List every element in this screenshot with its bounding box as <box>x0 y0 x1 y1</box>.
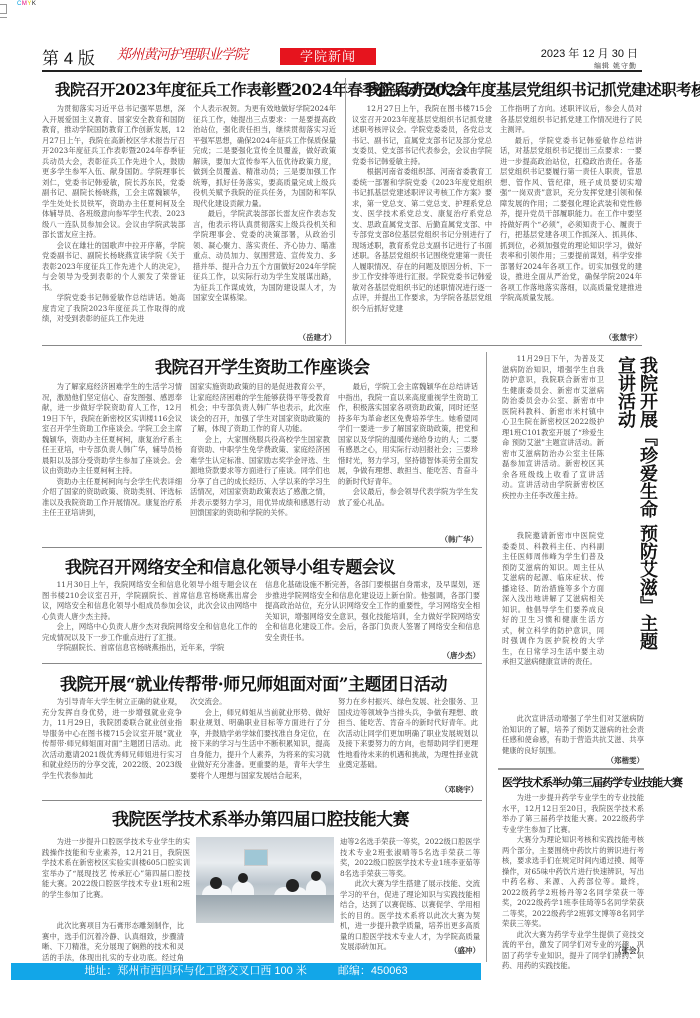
paragraph: 根据河南省委组织部、河南省委教育工委统一部署和学院党委《2023年度党组织书记抓… <box>352 167 492 314</box>
student-head <box>311 871 321 881</box>
article-cyber-security-col1: 11月30日上午，我院网络安全和信息化领导小组专题会议在图书楼210会议室召开，… <box>42 580 257 654</box>
footer-postcode: 邮编：450063 <box>338 965 408 977</box>
paragraph: 此次宣讲活动增强了学生们对艾滋病防治知识的了解，培养了预防艾滋病的社会责任感和使… <box>502 714 644 756</box>
paragraph: 11月29日下午，为普及艾滋病防治知识，增强学生自我防护意识，我院联合新密市卫生… <box>502 354 604 501</box>
article-dental-col2: 迪等2名选手荣获一等奖，2022级口腔医学技术专业2班张淑晴等5名选手荣获二等奖… <box>340 837 480 953</box>
paragraph: 最后，学院工会主席魏颖华在总结讲话中指出，我院一直以来高度重视学生资助工作，积极… <box>338 382 478 487</box>
paragraph: 为进一步提升口腔医学技术专业学生的实践操作技能和专业素养，12月21日，我院医学… <box>42 837 190 900</box>
byline-party-review: （张慧宇） <box>500 332 642 343</box>
paragraph: 为引导青年大学生树立正确的就业观，充分发挥自身优势，进一步增强就业竞争力，11月… <box>42 697 182 781</box>
article-employment-col1: 为引导青年大学生树立正确的就业观，充分发挥自身优势，进一步增强就业竞争力，11月… <box>42 697 182 781</box>
paragraph: 最后，学院武装部部长雷友应作表态发言，他表示将认真贯彻落实上级兵役机关和学院理事… <box>193 209 336 304</box>
paragraph: 会上，网络中心负责人唐少杰对我院网络安全和信息化工作的完成情况以及下一步工作重点… <box>42 622 257 643</box>
paragraph: 此次大赛为学生搭建了展示技能、交流学习的平台，促进了理论知识与实践技能相结合，达… <box>340 879 480 953</box>
paragraph: 次交流会。 <box>190 697 330 708</box>
section-divider <box>498 768 644 770</box>
article-conscription-col2: 个人表示祝贺。为更有效地做好学院2024年征兵工作，她提出三点要求：一是要提高政… <box>193 104 336 304</box>
paragraph: 会议最后，参会领导代表学院为学生发放了爱心礼品。 <box>338 487 478 508</box>
byline-cyber-security: （唐少杰） <box>265 650 480 661</box>
paragraph: 国家实施资助政策的目的是促进教育公平，让家庭经济困难的学生能够获得平等受教育机会… <box>190 382 330 435</box>
paragraph: 11月30日上午，我院网络安全和信息化领导小组专题会议在图书楼210会议室召开，… <box>42 580 257 622</box>
paragraph: 会议在雄壮的国歌声中拉开序幕，学院党委副书记、副院长杨晓燕宣读学院《关于表彰20… <box>42 241 185 294</box>
paragraph: 大赛分为理论知识考核和实践技能考核两个部分，主要围绕中药饮片的辨识进行考核，要求… <box>502 835 644 930</box>
paragraph: 迪等2名选手荣获一等奖，2022级口腔医学技术专业2班张淑晴等5名选手荣获二等奖… <box>340 837 480 879</box>
article-employment-col2: 次交流会。 会上，师兄师姐从当前就业形势、做好职业规划、明确职业目标等方面进行了… <box>190 697 330 781</box>
byline-dental: （盛冲） <box>340 945 480 956</box>
headline-employment: 我院开展“就业传帮带·师兄师姐面对面”主题团日活动 <box>60 670 447 695</box>
byline-financial-aid: （韩广华） <box>338 534 478 545</box>
section-divider <box>42 547 482 548</box>
article-aids-campaign-lower: 此次宣讲活动增强了学生们对艾滋病防治知识的了解，培养了预防艾滋病的社会责任感和使… <box>502 714 644 756</box>
dental-competition-photo <box>196 837 334 923</box>
byline-aids-campaign: （郑楷雯） <box>502 755 644 766</box>
byline-employment: （邓晓宇） <box>338 784 478 795</box>
article-party-review-col1: 12月27日上午，我院在图书楼715会议室召开2023年度基层党组织书记抓党建述… <box>352 104 492 314</box>
projector-screen <box>244 849 268 866</box>
article-employment-col3: 努力在乡村振兴、绿色发展、社会服务、卫国戍边等领域争当排头兵，争做有理想、敢担当… <box>338 697 478 771</box>
paragraph: 最后，学院党委书记韩爱敏作总结讲话，对基层党组织书记提出三点要求：一要进一步提高… <box>500 136 642 304</box>
byline-pharmacy: （张会） <box>502 945 644 956</box>
article-financial-aid-col2: 国家实施资助政策的目的是促进教育公平，让家庭经济困难的学生能够获得平等受教育机会… <box>190 382 330 519</box>
cmyk-color-bar: CMYK <box>17 1 36 7</box>
paragraph: 学院党委书记韩爱敏作总结讲话。她高度肯定了我院2023年度征兵工作取得的成绩，对… <box>42 293 185 325</box>
section-divider <box>42 345 642 346</box>
paragraph: 会上，大家围绕服兵役高校学生国家教育资助、中职学生免学费政策、家庭经济困难学生认… <box>190 435 330 519</box>
article-party-review-col2: 工作指明了方向。述职评议后，参会人员对各基层党组织书记抓党建工作情况进行了民主测… <box>500 104 642 304</box>
section-banner: 学院新闻 <box>280 48 376 65</box>
paragraph: 为贯彻落实习近平总书记强军思想，深入开展爱国主义教育、国家安全教育和国防教育，推… <box>42 104 185 241</box>
registration-line <box>0 17 7 18</box>
paragraph: 12月27日上午，我院在图书楼715会议室召开2023年度基层党组织书记抓党建述… <box>352 104 492 167</box>
paragraph: 信息化基础设施不断完善，各部门要根据自身需求，及早谋划，逐步推进学院网络安全和信… <box>265 580 480 643</box>
headline-party-review: 我院召开2023年度基层党组织书记抓党建述职考核评议会 <box>365 78 700 100</box>
student-head <box>286 879 299 892</box>
paragraph: 努力在乡村振兴、绿色发展、社会服务、卫国戍边等领域争当排头兵，争做有理想、敢担当… <box>338 697 478 771</box>
article-aids-campaign-upper: 11月29日下午，为普及艾滋病防治知识，增强学生自我防护意识，我院联合新密市卫生… <box>502 354 604 501</box>
footer-bar: 地址：郑州市西四环与化工路交叉口西 100 米 邮编：450063 <box>11 963 481 980</box>
footer-address: 地址：郑州市西四环与化工路交叉口西 100 米 <box>84 965 306 977</box>
paragraph: 个人表示祝贺。为更有效地做好学院2024年征兵工作，她提出三点要求：一是要提高政… <box>193 104 336 209</box>
column-divider <box>486 352 487 962</box>
edition-number: 第 4 版 <box>42 44 95 69</box>
article-cyber-security-col2: 信息化基础设施不断完善，各部门要根据自身需求，及早谋划，逐步推进学院网络安全和信… <box>265 580 480 643</box>
registration-mark <box>0 4 7 14</box>
lab-bench <box>196 895 334 923</box>
headline-cyber-security: 我院召开网络安全和信息化领导小组专题会议 <box>65 553 395 578</box>
header-rule <box>42 70 642 72</box>
cmyk-k: K <box>32 1 37 7</box>
student-head <box>210 877 222 889</box>
article-dental-col1: 为进一步提升口腔医学技术专业学生的实践操作技能和专业素养，12月21日，我院医学… <box>42 837 190 900</box>
paragraph: 工作指明了方向。述职评议后，参会人员对各基层党组织书记抓党建工作情况进行了民主测… <box>500 104 642 136</box>
article-financial-aid-col1: 为了解家庭经济困难学生的生活学习情况，激励他们坚定信心、奋发图强、感恩奉献，进一… <box>42 382 182 519</box>
paragraph: 为了解家庭经济困难学生的生活学习情况，激励他们坚定信心、奋发图强、感恩奉献，进一… <box>42 382 182 477</box>
byline-conscription: （岳建才） <box>193 332 336 343</box>
article-financial-aid-col3: 最后，学院工会主席魏颖华在总结讲话中指出，我院一直以来高度重视学生资助工作，积极… <box>338 382 478 508</box>
headline-financial-aid: 我院召开学生资助工作座谈会 <box>155 353 370 378</box>
column-divider <box>345 78 346 344</box>
paragraph: 为进一步提升药学专业学生的专业技能水平，12月12日至20日，我院医学技术系举办… <box>502 793 644 835</box>
section-divider <box>42 800 482 801</box>
article-aids-campaign-mid: 我院邀请新密市中医院党委委员、科教科主任、内科副主任医师周伟峰为学生们普及预防艾… <box>502 531 604 668</box>
paragraph: 资助办主任夏柯柯向与会学生代表详细介绍了国家的资助政策、资助类别、评选标准以及我… <box>42 477 182 519</box>
college-logo: 郑州黄河护理职业学院 <box>117 44 247 64</box>
headline-pharmacy: 医学技术系举办第三届药学专业技能大赛 <box>502 774 682 790</box>
paragraph: 学院副院长、首席信息官杨晓燕指出，近年来，学院 <box>42 643 257 654</box>
paragraph: 我院邀请新密市中医院党委委员、科教科主任、内科副主任医师周伟峰为学生们普及预防艾… <box>502 531 604 668</box>
section-divider <box>42 663 482 664</box>
issue-date: 2023 年 12 月 30 日 <box>541 45 638 61</box>
article-conscription-col1: 为贯彻落实习近平总书记强军思想，深入开展爱国主义教育、国家安全教育和国防教育，推… <box>42 104 185 325</box>
paragraph: 会上，师兄师姐从当前就业形势、做好职业规划、明确职业目标等方面进行了分享，并鼓励… <box>190 708 330 782</box>
student-head <box>238 873 248 883</box>
headline-aids-campaign: 我院开展『珍爱生命 预防艾滋』主题宣讲活动 <box>614 356 658 666</box>
headline-dental: 我院医学技术系举办第四届口腔技能大赛 <box>112 805 409 830</box>
